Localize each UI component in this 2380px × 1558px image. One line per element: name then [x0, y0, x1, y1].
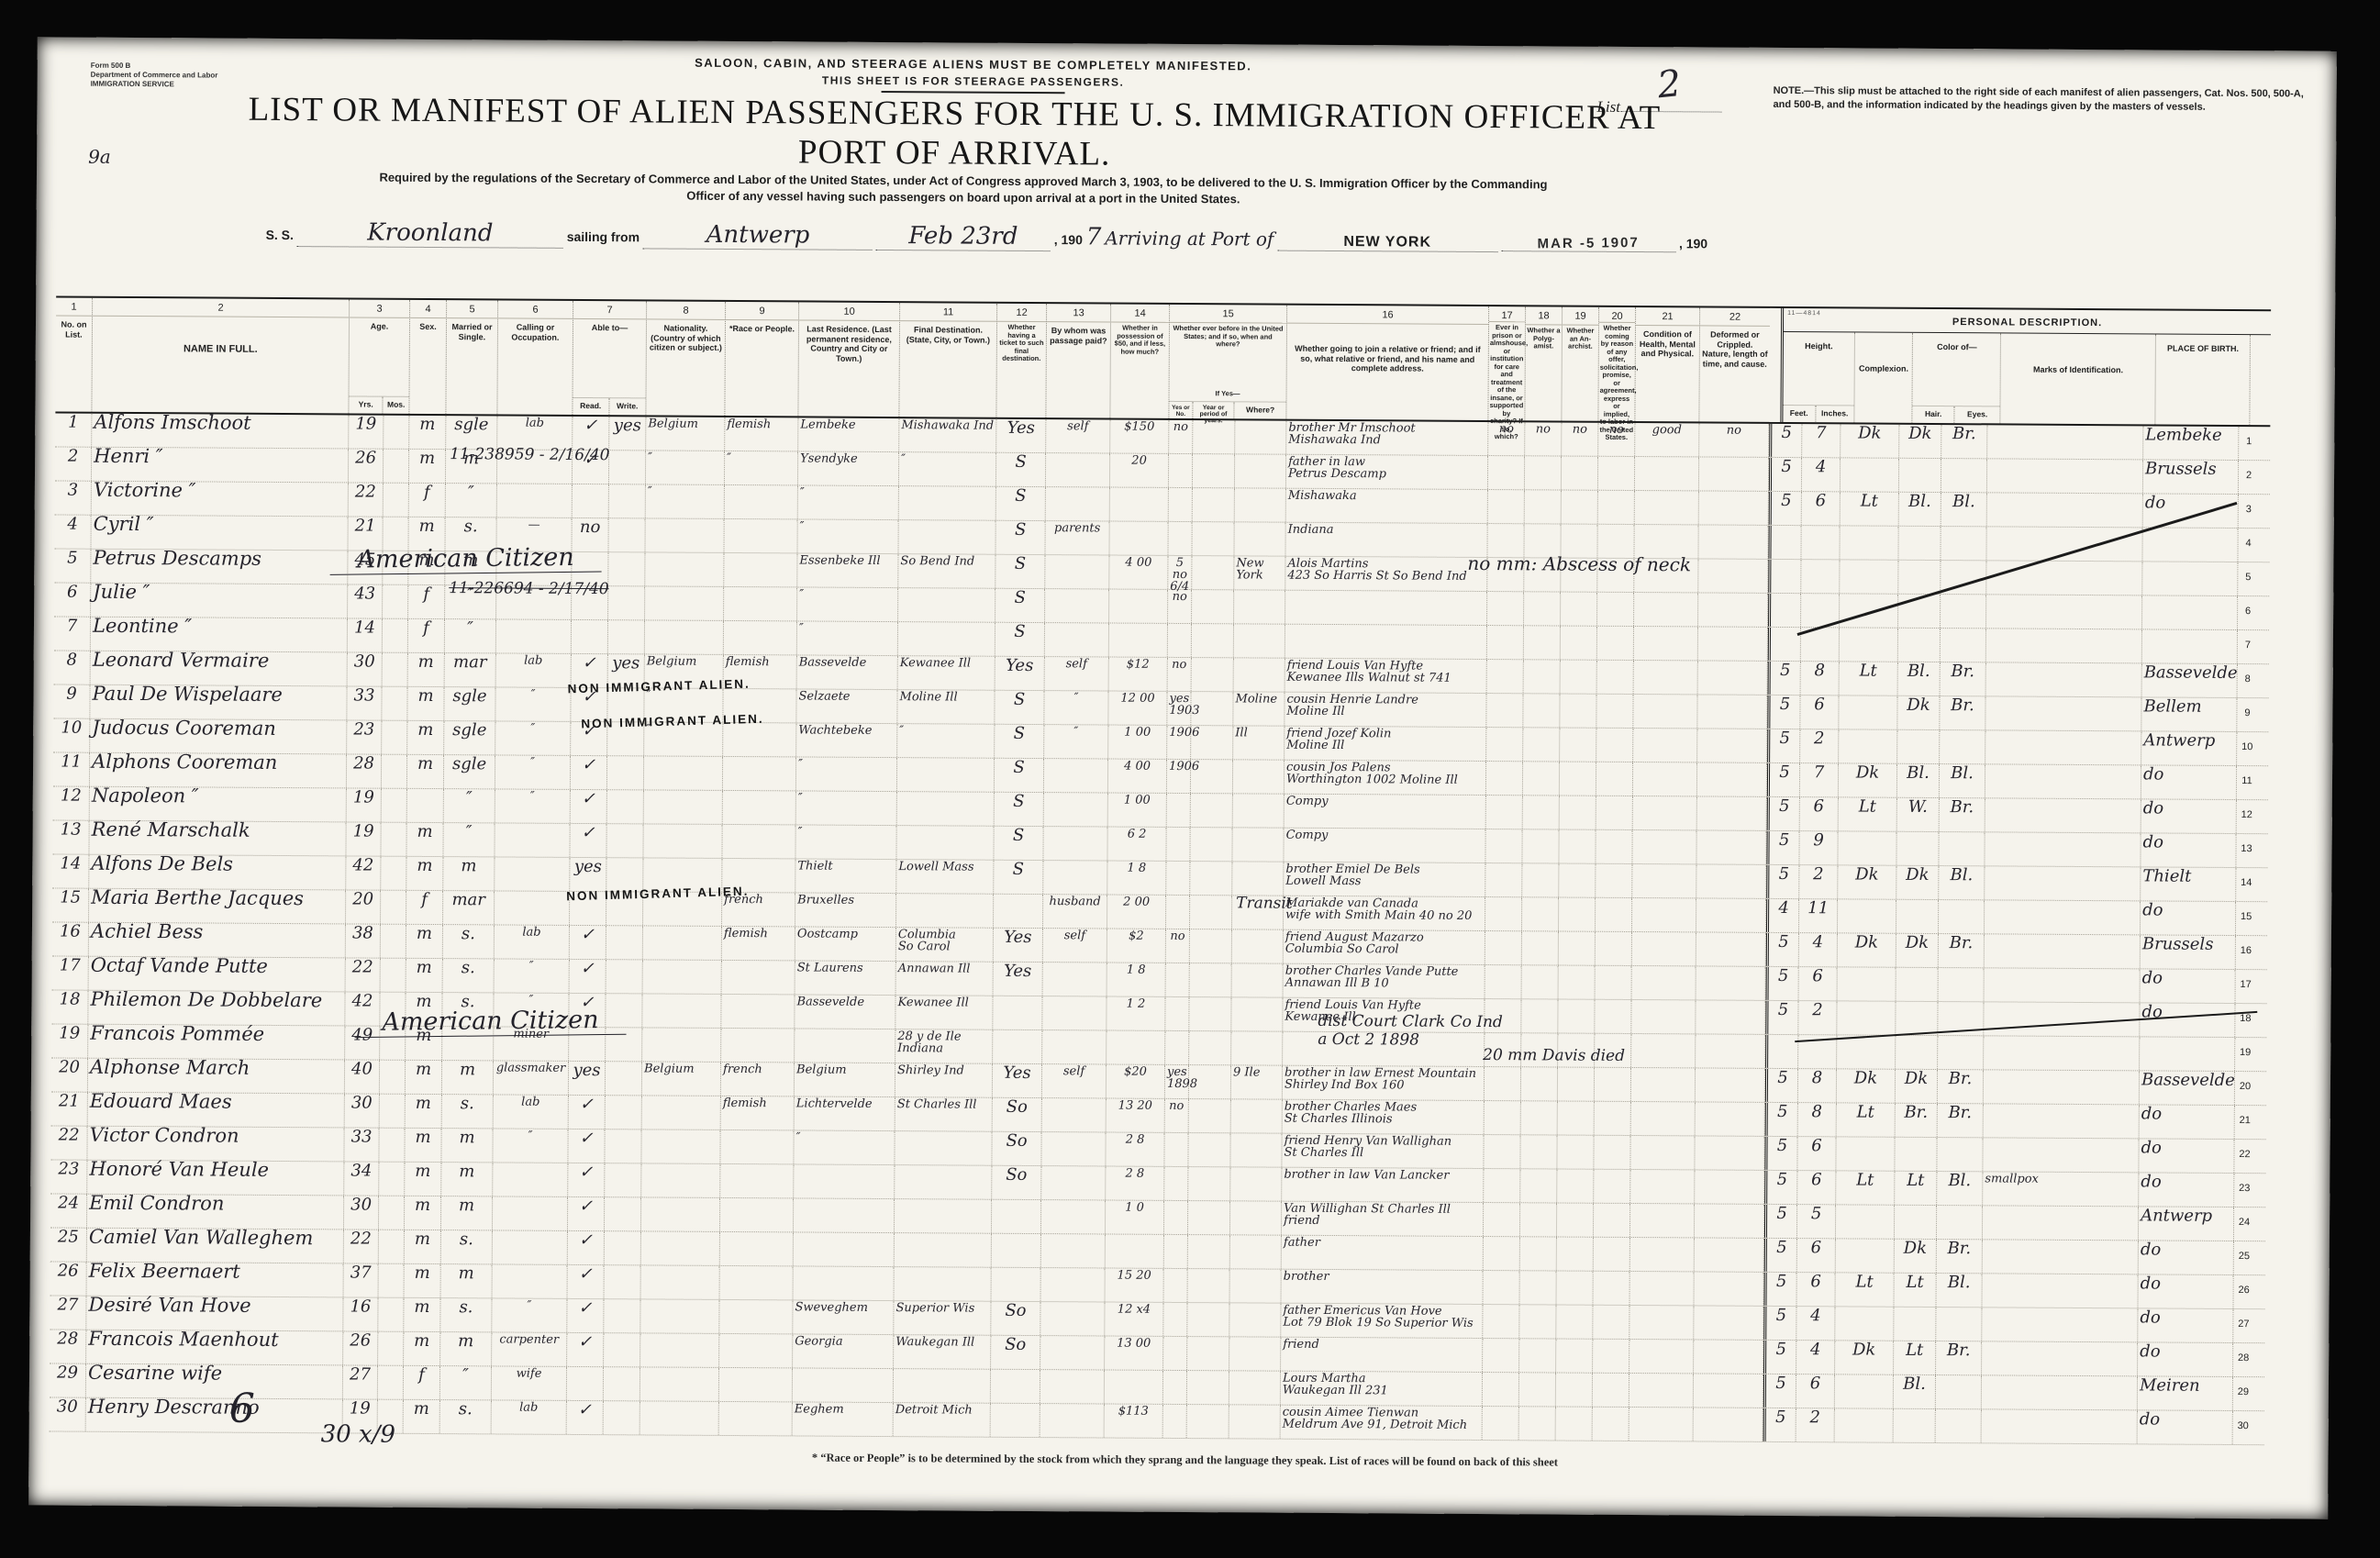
- cell-married-single: s.: [440, 1298, 492, 1331]
- cell-ever-where: [1229, 1371, 1281, 1404]
- cell-last-residence: Belgium: [795, 1063, 895, 1096]
- cell-ever-where: [1235, 454, 1286, 487]
- cell-ever-year: [1191, 726, 1233, 759]
- cell-read: [572, 620, 608, 653]
- cell-age-months: [382, 687, 407, 720]
- cell-destination: [895, 1199, 992, 1233]
- cell-age-years: 22: [346, 958, 381, 991]
- cell-nationality: [645, 586, 724, 620]
- cell-anarchist: [1556, 1407, 1593, 1440]
- cell-height-feet: 5: [1764, 1273, 1797, 1306]
- cell-deformed: [1697, 796, 1767, 829]
- cell-labor-contract: [1593, 1408, 1629, 1441]
- cell-name: Maria Berthe Jacques: [89, 889, 346, 924]
- cell-last-residence: Essenbeke Ill: [797, 553, 898, 587]
- personal-title: 11—4814PERSONAL DESCRIPTION.: [1784, 308, 2271, 335]
- cell-sex: f: [408, 619, 445, 652]
- cell-deformed: [1696, 1068, 1765, 1101]
- cell-money: 1 0: [1106, 1200, 1164, 1233]
- cell-read: ✓: [573, 417, 609, 450]
- cell-sex: f: [404, 1366, 440, 1399]
- cell-ever-where: [1234, 590, 1285, 623]
- cell-anarchist: [1556, 1373, 1593, 1406]
- cell-age-years: 33: [344, 1128, 379, 1161]
- cell-deformed: [1699, 491, 1769, 524]
- american-citizen-note-2: American Citizen: [354, 1006, 627, 1038]
- cell-ever-year: [1188, 1167, 1230, 1200]
- cell-passage-paid: [1041, 1200, 1106, 1233]
- cell-height-feet: 5: [1763, 1341, 1796, 1374]
- cell-height-feet: 5: [1765, 1069, 1798, 1102]
- cell-labor-contract: [1594, 1136, 1630, 1169]
- cell-passage-paid: ″: [1044, 725, 1108, 758]
- cell-race: [720, 1198, 794, 1231]
- colhead-race: *Race or People.: [725, 320, 798, 416]
- cell-height-feet: 5: [1769, 492, 1802, 525]
- cell-hair: Bl.: [1894, 1375, 1936, 1408]
- cell-destination: Shirley Ind: [895, 1063, 993, 1097]
- cell-right-row-number: 19: [2235, 1038, 2255, 1071]
- cell-last-residence: Lembeke: [798, 417, 899, 451]
- colnum-20: 20: [1599, 307, 1635, 323]
- cell-name: Felix Beernaert: [87, 1263, 344, 1297]
- cell-money: $150: [1110, 420, 1169, 453]
- cell-marks: [1983, 1138, 2139, 1172]
- cell-passage-paid: [1040, 1404, 1105, 1437]
- cell-marks: [1982, 1308, 2138, 1341]
- cell-last-residence: Sweveghem: [793, 1300, 894, 1334]
- cell-anarchist: [1559, 864, 1596, 897]
- colhead-yesno: Yes or No.: [1169, 402, 1193, 418]
- cell-relative-friend: cousin Aimee Tienwan Meldrum Ave 91, Det…: [1281, 1406, 1483, 1440]
- cell-health: [1630, 1170, 1695, 1203]
- cell-last-residence: [793, 1368, 894, 1402]
- cell-ticket: S: [995, 793, 1044, 826]
- cell-race: [724, 553, 797, 586]
- cell-write: [605, 1163, 641, 1196]
- cell-money: 12 x4: [1105, 1302, 1163, 1335]
- cell-right-row-number: 8: [2238, 664, 2258, 697]
- cell-row-number: 24: [50, 1194, 87, 1227]
- cell-read: ✓: [567, 1333, 604, 1366]
- cell-relative-friend: father in law Petrus Descamp: [1286, 455, 1488, 489]
- cell-anarchist: no: [1562, 423, 1598, 456]
- cell-passage-paid: [1045, 623, 1109, 656]
- cell-deformed: [1698, 525, 1768, 558]
- cell-polygamist: [1523, 694, 1560, 727]
- cell-age-months: [383, 585, 408, 618]
- cell-labor-contract: no: [1598, 423, 1635, 456]
- colnum-8: 8: [647, 301, 725, 320]
- cell-anarchist: [1557, 1170, 1594, 1203]
- colhead-hair: Hair.: [1913, 406, 1955, 423]
- cell-name: Henri ″: [92, 448, 349, 483]
- cell-age-years: 40: [345, 1060, 380, 1093]
- clerk-court-note: dist Court Clark Co Ind a Oct 2 1898: [1318, 1012, 1503, 1050]
- cell-birthplace: Brussels: [2141, 935, 2236, 969]
- cell-height-inches: [1801, 560, 1840, 593]
- cell-last-residence: Bruxelles: [795, 893, 896, 927]
- cell-money: $20: [1107, 1064, 1165, 1097]
- cell-occupation: [495, 857, 570, 891]
- cell-write: [606, 824, 643, 857]
- colhead-ifyes: If Yes—: [1170, 388, 1286, 402]
- cell-hair: Dk: [1896, 866, 1939, 899]
- cell-complexion: Lt: [1836, 1171, 1895, 1204]
- cell-relative-friend: friend August Mazarzo Columbia So Carol: [1284, 930, 1485, 964]
- cell-money: 20: [1110, 454, 1169, 487]
- cell-age-years: 16: [343, 1297, 378, 1330]
- cell-ever-where: [1232, 929, 1284, 963]
- cell-ever-year: [1188, 1133, 1230, 1166]
- cell-right-row-number: 11: [2237, 766, 2257, 799]
- cell-relative-friend: Mariakde van Canada wife with Smith Main…: [1284, 896, 1485, 930]
- cell-name: Napoleon ″: [90, 787, 347, 822]
- cell-ever-where: [1231, 1099, 1283, 1132]
- cell-right-row-number: 4: [2238, 529, 2258, 562]
- cell-ever-where: [1235, 488, 1286, 521]
- cell-eyes: [1937, 1206, 1983, 1239]
- cell-health: [1629, 1374, 1694, 1407]
- colhead-marks: Marks of Identification.: [2001, 333, 2155, 424]
- colnum-5: 5: [447, 300, 497, 318]
- race-footnote: * “Race or People” is to be determined b…: [616, 1450, 1753, 1471]
- colhead-polygamist: Whether a Polyg- amist.: [1525, 325, 1562, 420]
- colnum-9: 9: [726, 302, 798, 320]
- cell-row-number: 14: [52, 854, 89, 887]
- cell-marks: [1985, 934, 2141, 968]
- cell-deformed: [1696, 932, 1766, 965]
- cell-occupation: lab: [494, 1095, 569, 1129]
- cell-ticket: Yes: [996, 419, 1046, 452]
- cell-labor-contract: [1598, 491, 1635, 524]
- cell-ever-in-us: [1168, 624, 1192, 657]
- cell-write: [608, 552, 645, 585]
- cell-labor-contract: [1598, 457, 1635, 490]
- cell-hair: [1896, 968, 1939, 1001]
- cell-married-single: m: [440, 1332, 492, 1365]
- cell-labor-contract: [1596, 830, 1632, 863]
- cell-height-feet: [1765, 1035, 1798, 1068]
- cell-ticket: So: [992, 1132, 1041, 1165]
- cell-age-years: 26: [349, 449, 384, 482]
- cell-height-inches: 6: [1799, 967, 1838, 1000]
- cell-height-feet: 5: [1765, 1001, 1798, 1034]
- cell-labor-contract: [1595, 1068, 1631, 1101]
- cell-health: [1630, 1238, 1695, 1271]
- cell-married-single: ″: [446, 484, 497, 517]
- cell-hair: [1898, 561, 1941, 594]
- cell-ever-in-us: no: [1168, 590, 1192, 623]
- cell-passage-paid: [1045, 589, 1109, 622]
- cell-sex: m: [409, 450, 446, 483]
- colhead-deformed: Deformed or Crippled. Nature, length of …: [1699, 326, 1770, 421]
- cell-race: flemish: [721, 1096, 795, 1130]
- cell-married-single: s.: [441, 1230, 493, 1263]
- cell-ticket: [993, 1030, 1042, 1063]
- cell-ever-where: New York: [1234, 556, 1285, 589]
- cell-hair: Dk: [1897, 696, 1940, 729]
- cell-age-months: [380, 1061, 406, 1094]
- cell-hair: [1898, 629, 1941, 662]
- cell-eyes: Bl.: [1939, 866, 1985, 899]
- cell-birthplace: Antwerp: [2141, 731, 2237, 765]
- cell-eyes: Br.: [1940, 798, 1985, 831]
- colhead-yrs: Yrs.: [349, 396, 384, 413]
- cell-ever-in-us: [1166, 828, 1190, 861]
- cell-prison: [1484, 1237, 1520, 1270]
- cell-occupation: [495, 823, 570, 857]
- cell-occupation: lab: [495, 925, 570, 959]
- cell-anarchist: [1560, 695, 1596, 728]
- cell-ever-where: [1230, 1201, 1282, 1234]
- cell-money: 6 2: [1107, 828, 1166, 861]
- cell-row-number: 23: [50, 1160, 87, 1193]
- cell-destination: ″: [897, 724, 995, 758]
- cell-labor-contract: [1596, 762, 1633, 796]
- cell-marks: [1986, 662, 2142, 696]
- cell-race: [720, 1266, 794, 1299]
- cell-anarchist: [1559, 932, 1596, 965]
- cell-last-residence: ″: [797, 519, 898, 553]
- cell-anarchist: [1558, 1068, 1595, 1101]
- cell-passage-paid: [1043, 963, 1107, 996]
- cell-complexion: Dk: [1839, 763, 1897, 796]
- cell-ever-where: [1229, 1303, 1281, 1336]
- cell-ever-year: [1192, 522, 1234, 555]
- cell-complexion: [1835, 1307, 1894, 1340]
- cell-ever-year: [1189, 997, 1231, 1030]
- cell-deformed: [1696, 1102, 1765, 1135]
- cell-complexion: [1841, 458, 1899, 491]
- cell-occupation: ″: [492, 1298, 567, 1332]
- cell-ever-in-us: [1169, 488, 1193, 521]
- cell-height-feet: 5: [1767, 696, 1800, 729]
- cell-money: 1 8: [1107, 963, 1166, 996]
- colhead-no: No. on List.: [55, 316, 92, 411]
- cell-birthplace: [2142, 595, 2238, 629]
- cell-prison: [1484, 1169, 1520, 1202]
- cell-height-inches: 2: [1799, 865, 1838, 898]
- cell-money: 12 00: [1108, 692, 1167, 725]
- cell-ever-year: [1191, 760, 1233, 793]
- cell-hair: [1896, 1036, 1938, 1069]
- cell-ever-in-us: [1166, 862, 1190, 895]
- cell-deformed: [1698, 593, 1768, 626]
- cell-anarchist: [1561, 661, 1597, 694]
- cell-ever-year: [1188, 1201, 1230, 1234]
- cell-row-number: 13: [52, 820, 89, 853]
- cell-ever-year: [1191, 794, 1233, 827]
- cell-race: [723, 791, 796, 824]
- cell-ticket: So: [991, 1336, 1040, 1369]
- cell-destination: Kewanee Ill: [895, 996, 993, 1029]
- cell-money: [1109, 522, 1168, 555]
- sailing-year-hand: 7: [1086, 223, 1102, 250]
- cell-right-row-number: 9: [2237, 698, 2257, 731]
- cell-prison: [1487, 592, 1524, 625]
- cell-ever-year: [1192, 556, 1234, 589]
- cell-right-row-number: 14: [2236, 868, 2256, 901]
- cell-write: [604, 1299, 640, 1332]
- cell-occupation: ″: [495, 687, 571, 721]
- cell-money: 1 00: [1108, 726, 1167, 759]
- cell-deformed: [1696, 966, 1766, 999]
- colhead-eyes: Eyes.: [1954, 406, 2000, 423]
- cell-occupation: [493, 1163, 568, 1196]
- colnum-17: 17: [1489, 306, 1525, 322]
- cell-complexion: Lt: [1840, 662, 1898, 695]
- cell-row-number: 25: [50, 1228, 87, 1261]
- cell-age-years: 43: [348, 584, 383, 618]
- cell-ticket: Yes: [995, 657, 1045, 690]
- cell-ever-where: [1232, 963, 1284, 996]
- cell-eyes: Br.: [1937, 1240, 1983, 1273]
- cell-write: [608, 586, 645, 619]
- cell-nationality: [645, 552, 724, 586]
- cell-destination: Annawan Ill: [896, 962, 994, 996]
- cell-height-feet: 5: [1764, 1171, 1797, 1204]
- colhead-destination: Final Destination. (State, City, or Town…: [899, 321, 996, 417]
- cell-married-single: m: [441, 1163, 493, 1196]
- cell-complexion: Lt: [1835, 1273, 1894, 1306]
- cell-height-feet: 5: [1763, 1307, 1796, 1340]
- cell-ever-year: [1187, 1337, 1229, 1370]
- cell-complexion: [1838, 899, 1896, 932]
- cell-relative-friend: brother Charles Vande Putte Annawan Ill …: [1284, 964, 1485, 998]
- cell-destination: ″: [899, 452, 996, 486]
- cell-polygamist: [1519, 1373, 1556, 1406]
- cell-marks: [1986, 561, 2142, 595]
- cell-sex: m: [404, 1332, 440, 1365]
- cell-health: [1634, 627, 1698, 660]
- cell-relative-friend: cousin Henrie Landre Moline Ill: [1285, 693, 1486, 727]
- cell-occupation: [493, 1196, 568, 1230]
- colnum-10: 10: [799, 302, 899, 321]
- cell-birthplace: do: [2138, 1342, 2233, 1376]
- cell-deformed: [1694, 1306, 1763, 1339]
- cell-birthplace: do: [2140, 1105, 2235, 1139]
- cell-destination: [898, 588, 995, 622]
- cell-hair: Lt: [1894, 1341, 1936, 1374]
- cell-destination: [895, 1267, 992, 1301]
- cell-last-residence: ″: [796, 791, 897, 825]
- cell-money: [1107, 1031, 1165, 1064]
- colhead-able: Able to—: [573, 319, 647, 397]
- cell-race: flemish: [722, 927, 795, 960]
- cell-hair: Dk: [1895, 1240, 1937, 1273]
- cell-occupation: lab: [496, 653, 572, 687]
- cell-passage-paid: [1046, 487, 1110, 520]
- cell-last-residence: [794, 1232, 895, 1266]
- cell-prison: [1485, 863, 1522, 896]
- cell-marks: [1984, 1104, 2140, 1138]
- cell-height-feet: 5: [1764, 1205, 1797, 1238]
- cell-deformed: [1694, 1340, 1763, 1373]
- cell-labor-contract: [1593, 1340, 1629, 1373]
- cell-anarchist: [1557, 1238, 1594, 1271]
- cell-marks: [1982, 1274, 2138, 1308]
- cell-married-single: s.: [443, 925, 495, 958]
- cell-married-single: s.: [442, 1095, 494, 1128]
- cell-eyes: [1938, 1036, 1984, 1069]
- cell-sex: m: [406, 823, 443, 856]
- cell-passage-paid: [1040, 1370, 1105, 1403]
- cell-polygamist: [1519, 1407, 1556, 1440]
- cell-destination: [899, 486, 996, 520]
- cell-height-inches: 4: [1802, 458, 1841, 491]
- cell-married-single: sgle: [444, 687, 495, 720]
- cell-passage-paid: [1044, 793, 1108, 826]
- cell-relative-friend: father Emericus Van Hove Lot 79 Blok 19 …: [1281, 1304, 1483, 1338]
- cell-right-row-number: 26: [2233, 1275, 2253, 1308]
- cell-last-residence: ″: [794, 1130, 895, 1164]
- cell-money: 2 8: [1106, 1132, 1164, 1165]
- cell-age-years: 22: [344, 1230, 379, 1263]
- cell-money: [1106, 1234, 1164, 1267]
- cell-ever-where: [1233, 760, 1285, 793]
- cell-eyes: [1936, 1409, 1982, 1442]
- cell-deformed: [1695, 1272, 1764, 1305]
- cell-age-months: [379, 1230, 405, 1263]
- cell-polygamist: [1523, 762, 1560, 795]
- cell-race: [721, 1029, 795, 1062]
- cell-ever-year: [1187, 1371, 1229, 1404]
- cell-ever-in-us: no: [1168, 658, 1192, 691]
- cell-birthplace: Lembeke: [2143, 426, 2239, 460]
- cell-age-years: 33: [347, 686, 382, 719]
- cell-complexion: Lt: [1841, 492, 1899, 525]
- cell-race: [723, 757, 796, 790]
- cell-nationality: [641, 1197, 720, 1231]
- cell-ticket: [991, 1370, 1040, 1403]
- cell-write: [605, 1231, 641, 1264]
- american-citizen-note-1: American Citizen: [329, 543, 602, 575]
- cell-last-residence: [794, 1198, 895, 1232]
- banner-line1: SALOON, CABIN, AND STEERAGE ALIENS MUST …: [588, 55, 1359, 73]
- cell-labor-contract: [1595, 1102, 1631, 1135]
- cell-married-single: m: [442, 1061, 494, 1094]
- cell-health: [1630, 1136, 1695, 1169]
- cell-anarchist: [1559, 966, 1596, 999]
- cell-occupation: [495, 891, 570, 925]
- cell-relative-friend: brother in law Van Lancker: [1282, 1168, 1484, 1202]
- cell-read: ✓: [568, 1265, 605, 1298]
- cell-ever-in-us: [1163, 1337, 1187, 1370]
- cell-destination: 28 y de Ile Indiana: [895, 1029, 993, 1063]
- cell-ever-in-us: no: [1165, 1099, 1189, 1132]
- cell-prison: [1488, 490, 1525, 523]
- cell-age-months: [381, 823, 406, 856]
- cell-marks: [1986, 595, 2142, 629]
- cell-read: ✓: [570, 960, 606, 993]
- cell-name: Judocus Cooreman: [90, 719, 347, 754]
- cell-birthplace: do: [2138, 1308, 2233, 1342]
- cell-health: [1629, 1408, 1694, 1441]
- cell-birthplace: Bassevelde: [2140, 1071, 2235, 1105]
- cell-age-months: [383, 619, 408, 652]
- cell-write: [605, 1197, 641, 1230]
- cell-age-months: [381, 891, 406, 924]
- cell-ever-in-us: no: [1169, 420, 1193, 453]
- cell-polygamist: [1524, 592, 1561, 625]
- cell-relative-friend: brother Emiel De Bels Lowell Mass: [1284, 862, 1485, 896]
- cell-marks: [1987, 425, 2143, 459]
- cell-ever-where: [1230, 1269, 1282, 1302]
- cell-anarchist: [1557, 1204, 1594, 1237]
- cell-hair: Bl.: [1898, 662, 1941, 696]
- cell-age-years: 30: [348, 652, 383, 685]
